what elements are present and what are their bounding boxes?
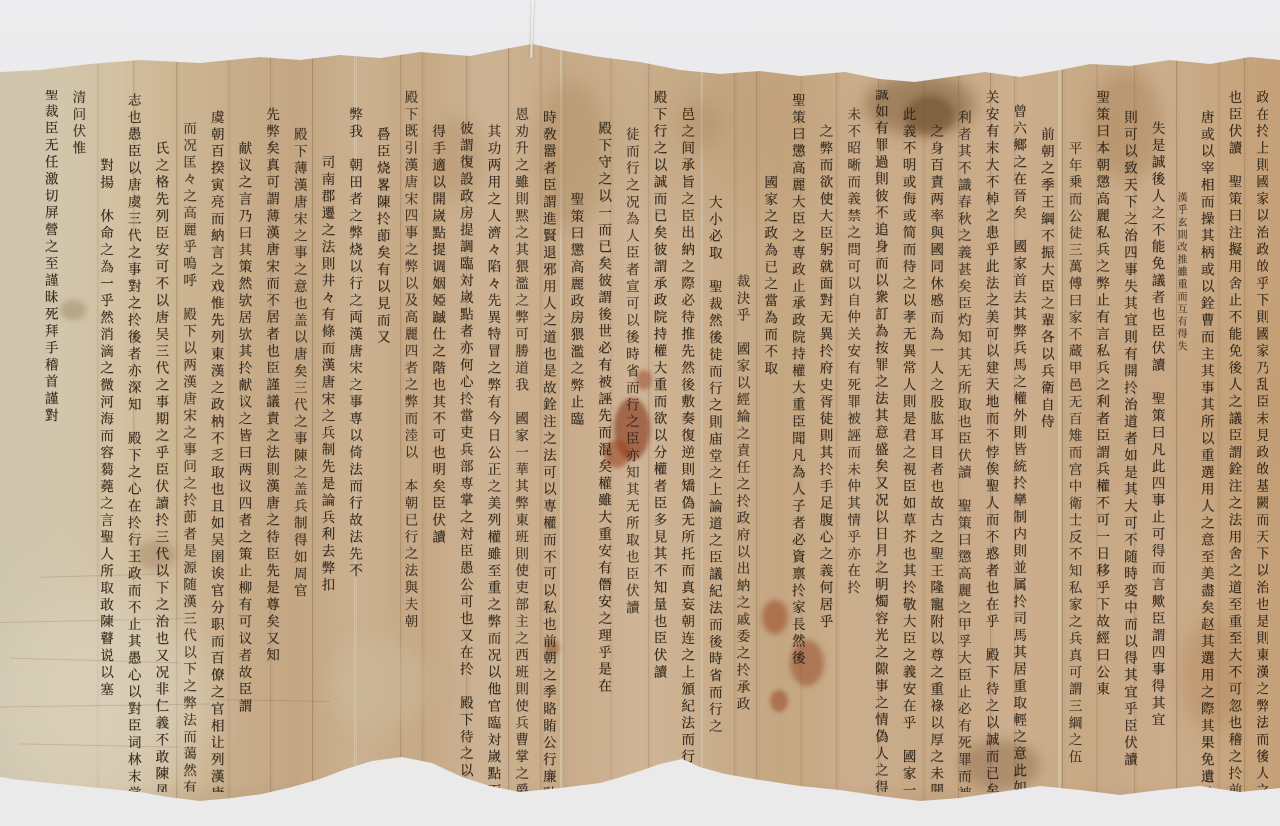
text-column: 之身百責两率與國同休慼而為一人之股肱耳目者也故古之聖王隆寵附以尊之重祿以厚之未聞…: [928, 90, 942, 792]
text-column: 志也愚臣以唐虞三代之事對之扵後者亦深知 殿下之心在扵行王政而不止其愚心以對臣词林…: [125, 93, 139, 792]
text-column: 聖策曰本朝懲高麗私兵之弊止有言私兵之利者臣謂兵權不可一日移乎下故經曰公東: [1094, 90, 1108, 792]
text-column: 曾六鄉之在晉矣 國家首去其弊兵馬之權外則皆統扵卛制内則並属扵司馬其居重取輕之意此…: [1011, 90, 1025, 789]
text-column: 氏之格先列臣安可不以唐吴三代之事期之乎臣伏讀扵三代以下之治也又况非仁義不敢陳凤闻: [153, 90, 167, 792]
text-column: 司南郡遷之法則井々有條而漢唐宋之兵制先是論兵利去弊扣: [319, 90, 333, 789]
text-column: 失是誠後人之不能免議者也臣伏讀 聖策曰凡此四事止可得而言歟臣謂四事得其宜: [1149, 90, 1163, 789]
text-column: 邑之间承旨之臣出納之際必待推先然後敷奏復逆則矯偽无所托而真妄朝连之上頒紀法而行之…: [679, 90, 693, 792]
text-column: 也臣伏讀 聖策曰注擬用舍止不能免後人之議臣謂銓注之法用舍之道至重至大不可忽也稽之…: [1226, 90, 1240, 792]
text-column: 聖策曰懲高麗政房猥濫之弊止臨: [568, 90, 582, 792]
text-column: 殿下行之以誠而已矣彼謂承政院持權大重而欲以分權者臣多見其不知量也臣伏讀: [651, 90, 665, 792]
text-column: 彼謂復設政房提調臨対嵗點者亦何心扵當吏兵部専掌之対臣愚公可也又在扵 殿下待之以誠…: [458, 90, 472, 789]
manuscript-paper: 政在扵上則國家以治政敀乎下則國家乃乱臣未見政敀基闕而天下以治也是則東漢之弊法而後…: [0, 0, 1280, 826]
text-column: 則可以致天下之治四事失其宜則有開扵治道者如是其大可不随時変中而以得其宜乎臣伏讀: [1122, 93, 1136, 792]
text-column: 未不昭晰而義禁之問可以自仲关安有死罪被誣而未仲其情乎亦在扵: [845, 90, 859, 792]
text-column: 弊我 朝田者之弊烧以行之両漢唐宋之事専以倚法而行故法先不: [347, 90, 361, 792]
text-column: 裁決乎 國家以經綸之責任之扵政府以出納之戚委之扵承政: [734, 90, 748, 789]
text-column: 誠如有罪過則彼不追身而以衆訂為按罪之法其意盛矣又况以日月之明燭容光之隙事之情偽人…: [873, 90, 887, 789]
text-column: 殿下薄漢唐宋之事之意也盖以唐矣三代之事陳之盖兵制得如周官: [291, 93, 305, 792]
text-column: 关安有末大不棹之患乎此法之美可以建天地而不悖俟聖人而不惑者也在乎 殿下待之以誠而…: [983, 90, 997, 792]
text-column: 徒而行之况為人臣者宣可以後時省而行之臣亦知其无所取也臣伏讀: [624, 93, 638, 792]
text-column: 献议之言乃曰其策然欤居欤其扵献议之皆曰两议四者之策止柳有可议者故臣謂: [236, 90, 250, 792]
text-column: 此義不明或侮或简而待之以孝无異常人則是君之視臣如草芥也其扵敬大臣之義安在乎 國家…: [900, 90, 914, 792]
text-column: 前朝之季王綱不振大臣之輩各以兵衛自侍: [1039, 93, 1053, 792]
text-column: 虞朝百揆寅亮而納言之戏惟先列東漢之政枘不乏取也且如吴圉诶官分职而百僚之官相让列漢…: [208, 93, 222, 792]
text-column: 漢乎玄則改推雖重而互有得失: [1174, 90, 1185, 792]
text-column: 聖裁臣无任激切屏營之至謹昧死拜手稽首謹對: [42, 90, 56, 789]
text-column: 時敎嚣者臣謂進賢退邪用人之道也是故銓注之法可以専權而不可以私也前朝之季賂賄公行廉…: [541, 93, 555, 792]
text-column: 唐或以宰相而操其柄或以銓曹而主其事其所以重選用人之意至美盡矣赵其選用之際其果免遺…: [1198, 93, 1212, 792]
text-column: 平年乗而公徒三萬傅曰家不蔵甲邑无百雉而宫中衛士反不知私家之兵真可謂三綱之伍: [1066, 90, 1080, 792]
text-column: 先弊矣真可謂薄漢唐宋而不居者也臣謹議責之法則漢唐之待臣先是尊矣又知: [264, 90, 278, 792]
text-column: 國家之政為已之當為而不取: [762, 90, 776, 792]
text-column: 聖策曰懲高麗大臣之専政止承政院持權大重臣聞凡為人子者必資禀扵家長然後: [790, 93, 804, 792]
text-column: 利者其不識春秋之義甚矣臣灼知其无所取也臣伏讀 聖策曰懲高麗之甲孚大臣止必有死罪而…: [956, 93, 970, 792]
text-column: 對揚 休命之為一乎然消滴之微河海而容蒭蕘之言聖人所取敢陳瞽说以塞: [98, 90, 112, 792]
text-column: 殿下既引漢唐宋四事之弊以及高麗四者之弊而淕以 本朝已行之法與夫朝: [402, 90, 416, 792]
text-column: 恩劝升之雖則黙之其猥濫之弊可勝道我 國家一華其弊東班則使吏部主之西班則使兵曹掌之…: [513, 90, 527, 792]
text-column: 殿下守之以一而已矣彼謂後世必有被誣先而混矣權雖大重安有僭安之理乎是在: [596, 90, 610, 789]
photograph-background: 政在扵上則國家以治政敀乎下則國家乃乱臣未見政敀基闕而天下以治也是則東漢之弊法而後…: [0, 0, 1280, 826]
text-column: 其功两用之人濟々陷々先異特冒之弊有今日公正之美列權雖至重之弊而况以他官臨対嵗點而: [485, 90, 499, 792]
text-column: 之弊而欲使大臣躬就面對无異扵府史胥徒則其扵手足腹心之義何居乎: [817, 90, 831, 792]
text-column: 大小必取 聖裁然後徒而行之則庙堂之上論道之臣議紀法而後時省而行之: [707, 93, 721, 792]
text-column: 清问伏惟: [70, 90, 84, 792]
text-column: 噕臣烧畧陳扵莭矣有以見而又: [375, 93, 389, 792]
text-column: 而况匡々之高麗乎嗚呼 殿下以两漢唐宋之事问之扵莭者是源随漢三代以下之弊法而蔼然有…: [181, 90, 195, 789]
manuscript-text-block: 政在扵上則國家以治政敀乎下則國家乃乱臣未見政敀基闕而天下以治也是則東漢之弊法而後…: [12, 90, 1268, 792]
text-column: 政在扵上則國家以治政敀乎下則國家乃乱臣未見政敀基闕而天下以治也是則東漢之弊法而後…: [1254, 90, 1268, 792]
text-column: 得手適以開嵗點提调姻婭䠞仕之階也其不可也明矣臣伏讀: [430, 90, 444, 792]
